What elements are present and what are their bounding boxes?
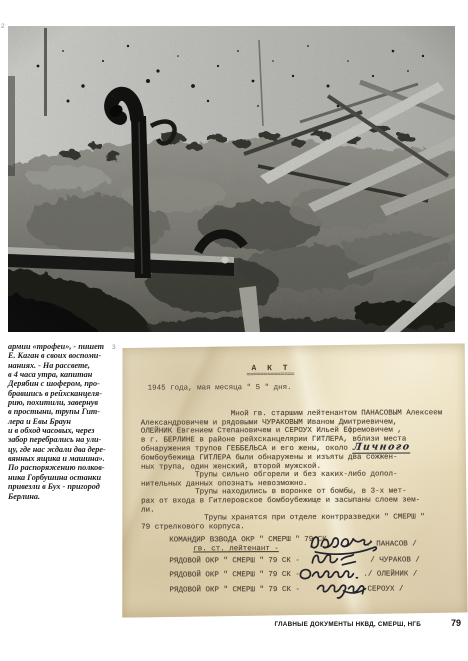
seroukh-signature xyxy=(313,577,371,603)
churakov-name: / ЧУРАКОВ / xyxy=(370,556,420,564)
private-row-seroukh: РЯДОВОЙ ОКР " СМЕРШ " 79 СК - xyxy=(169,586,300,595)
document-number-marker: 3 xyxy=(112,344,116,351)
private-row-churakov: РЯДОВОЙ ОКР " СМЕРШ " 79 СК - xyxy=(169,557,300,566)
commander-title-line: КОМАНДИР ВЗВОДА ОКР " СМЕРШ " 79 СК xyxy=(169,536,327,545)
photo-number-marker: 2 xyxy=(1,23,5,30)
panasov-name: / ПАНАСОВ / xyxy=(367,540,417,548)
act-body: Мной гв. старшим лейтенантом ПАНАСОВЫМ А… xyxy=(141,409,443,532)
photo-caption: армии «трофеи», - пишет Е. Каган в своих… xyxy=(8,342,114,501)
footer-series-title: ГЛАВНЫЕ ДОКУМЕНТЫ НКВД, СМЕРШ, НГБ xyxy=(274,621,421,628)
book-page: 2 xyxy=(0,0,468,661)
page-number: 79 xyxy=(451,618,461,628)
scanned-act-document: А К Т ============== 1945 года, мая меся… xyxy=(120,343,467,618)
rubble-photo xyxy=(8,26,455,332)
oleinik-name: ./ ОЛЕЙНИК / xyxy=(363,570,417,578)
private-row-oleinik: РЯДОВОЙ ОКР " СМЕРШ " 79 СК - xyxy=(169,571,300,580)
act-date-line: 1945 года, мая месяца " 5 " дня. xyxy=(148,384,292,393)
handwritten-word: Личного xyxy=(352,444,411,454)
vignette xyxy=(8,26,455,332)
act-title-underline: ============== xyxy=(247,371,295,378)
act-body-after: бомбоубежища ГИТЛЕРА были обнаружены и и… xyxy=(141,445,425,532)
commander-rank-line: гв. ст. лейтенант - xyxy=(193,545,279,553)
seroukh-name: СЕРОУХ / xyxy=(367,586,403,594)
